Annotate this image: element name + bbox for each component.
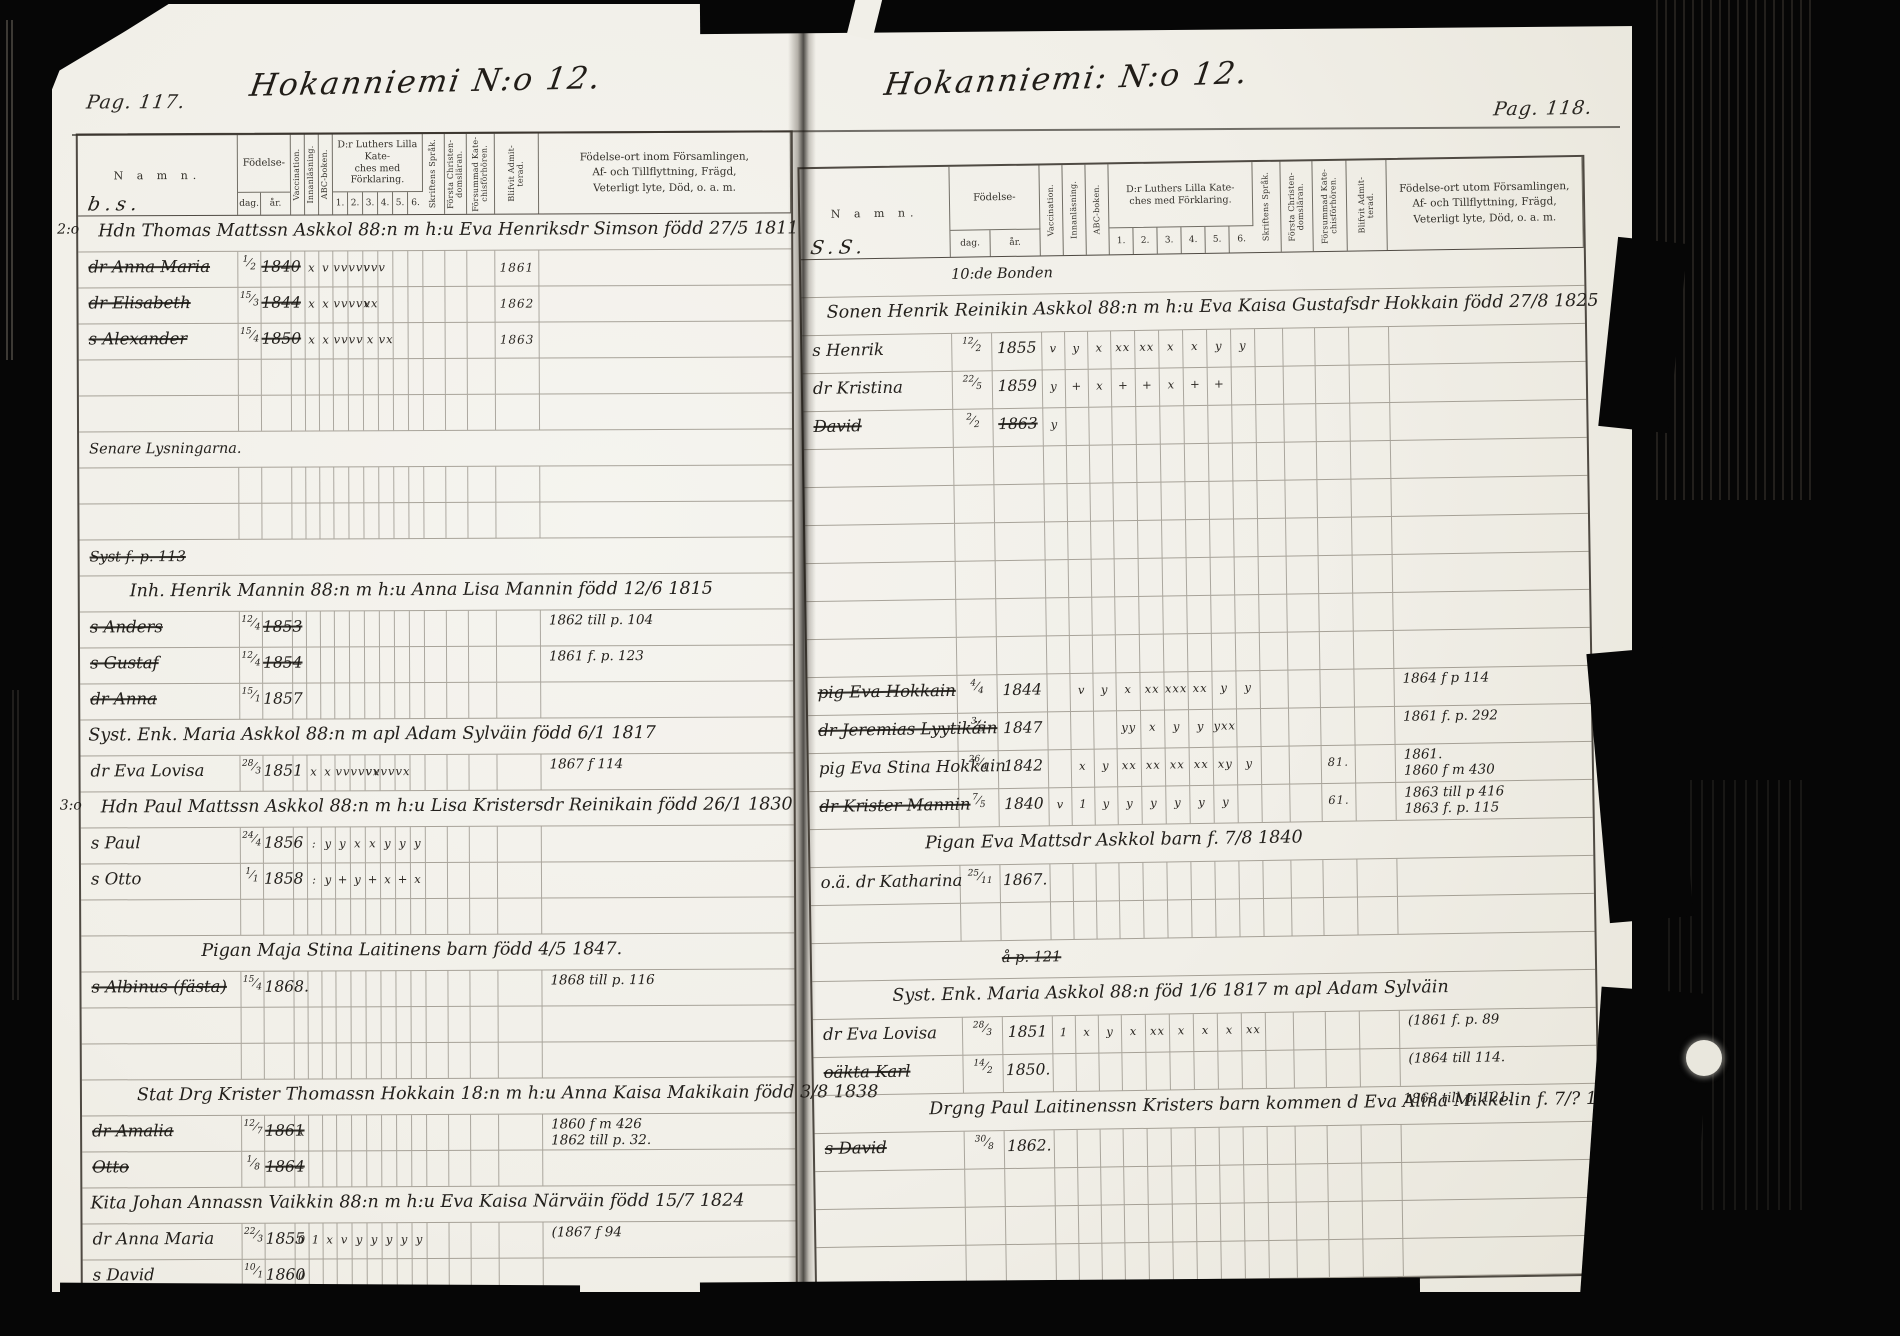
scan-light-spot (1686, 1040, 1722, 1076)
mark-cell (323, 1043, 337, 1078)
mark-cell (1070, 636, 1094, 673)
mark-cell (410, 611, 425, 646)
name-cell (807, 638, 958, 677)
mark-cell (1283, 328, 1316, 365)
mark-cell (1184, 406, 1209, 443)
mark-cell (1092, 597, 1116, 634)
header-notes: Födelse-ort inom Församlingen, Af- och T… (539, 132, 791, 213)
mark-cell (381, 971, 396, 1006)
mark-cell (1047, 674, 1071, 711)
admitted-cell (1354, 631, 1395, 669)
mark-cell (1160, 406, 1185, 443)
header-name: N a m n. S.S. (799, 167, 950, 259)
mark-cell: + (1112, 369, 1137, 406)
mark-cell (1144, 901, 1169, 938)
mark-cell (334, 503, 349, 538)
mark-cell (1164, 634, 1189, 671)
mark-cell (1053, 1054, 1077, 1091)
birth-day-cell: 15⁄1 (240, 684, 263, 719)
mark-cell: xx (1142, 749, 1167, 786)
mark-cell (349, 359, 364, 394)
mark-cell (293, 612, 307, 647)
birth-year-cell (262, 468, 292, 503)
mark-cell (469, 611, 497, 646)
notes-cell (542, 897, 794, 933)
admitted-cell (498, 863, 542, 898)
birth-day-cell (239, 396, 262, 431)
mark-cell (1216, 899, 1241, 936)
mark-cell: x (1160, 368, 1185, 405)
mark-cell (364, 395, 379, 430)
name-cell (816, 1208, 967, 1247)
record-row: s Alexander15⁄41850xxvvvvxvx1863 (79, 321, 792, 360)
header-blifvit-admitterad: Blifvit Admit- terad. (1346, 160, 1387, 251)
blank-row (82, 1005, 795, 1044)
mark-cell (1113, 483, 1138, 520)
torn-edge (1579, 987, 1712, 1324)
mark-cell: x (319, 287, 333, 322)
mark-cell (1209, 481, 1234, 518)
mark-cell (1125, 1205, 1150, 1242)
mark-cell (1211, 557, 1236, 594)
birth-year-cell: 1840 (999, 788, 1050, 826)
name-cell: dr Jeremias Lyytikäin (808, 714, 959, 753)
notes-cell (540, 465, 792, 501)
admitted-cell (1352, 517, 1393, 555)
birth-year-cell: 1854 (263, 648, 293, 683)
mark-cell (1286, 518, 1319, 555)
record-row: dr Anna Maria22⁄3185501xvyyyyy(1867 f 94 (83, 1221, 796, 1260)
mark-cell (394, 467, 409, 502)
right-table-header: N a m n. S.S. Födelse- Vaccination. Inna… (799, 157, 1583, 260)
mark-cell (1329, 1201, 1364, 1239)
mark-cell (1320, 632, 1355, 670)
blank-row (79, 501, 792, 540)
mark-cell: vvv (348, 251, 363, 286)
mark-cell: x (1141, 711, 1166, 748)
mark-cell (446, 503, 468, 538)
mark-cell: x (381, 863, 396, 898)
mark-cell (397, 1115, 412, 1150)
birth-day-cell: 4⁄4 (957, 675, 998, 713)
mark-cell (426, 827, 448, 862)
blank-row (79, 465, 792, 504)
mark-cell (320, 359, 334, 394)
mark-cell: y (1142, 787, 1167, 824)
mark-cell (393, 251, 408, 286)
admitted-cell (1350, 365, 1391, 403)
mark-cell (409, 467, 424, 502)
mark-cell: + (366, 863, 381, 898)
name-cell (816, 1246, 967, 1285)
mark-cell (1220, 1165, 1245, 1202)
mark-cell: y (1190, 786, 1215, 823)
mark-cell: xx (1146, 1015, 1171, 1052)
admitted-cell (499, 1043, 543, 1078)
mark-cell (1236, 633, 1261, 670)
mark-cell (1090, 483, 1114, 520)
mark-cell (411, 971, 426, 1006)
header-kat-5: 5. (1205, 226, 1229, 252)
mark-cell (1161, 482, 1186, 519)
birth-year-cell: 1859 (993, 370, 1044, 408)
name-cell: pig Eva Stina Hokkain (809, 752, 960, 791)
mark-cell: y (1189, 710, 1214, 747)
mark-cell: y (336, 827, 351, 862)
mark-cell (1124, 1167, 1149, 1204)
mark-cell (1296, 1164, 1329, 1201)
mark-cell (397, 1043, 412, 1078)
mark-cell (1257, 481, 1286, 518)
mark-cell (1172, 1166, 1197, 1203)
mark-cell (292, 504, 306, 539)
mark-cell (1319, 594, 1354, 632)
mark-cell: vv (333, 251, 348, 286)
family-heading: Syst. Enk. Maria Askkol 88:n m apl Adam … (80, 717, 793, 755)
mark-cell (1097, 901, 1121, 938)
mark-cell (1101, 1167, 1125, 1204)
mark-cell (1186, 520, 1211, 557)
mark-cell (1079, 1206, 1103, 1243)
mark-cell (1167, 862, 1192, 899)
mark-cell (352, 1115, 367, 1150)
mark-cell (349, 503, 364, 538)
mark-cell (1326, 1012, 1361, 1050)
mark-cell (425, 683, 447, 718)
mark-cell (1260, 633, 1289, 670)
birth-day-cell (956, 599, 997, 637)
mark-cell (1047, 636, 1071, 673)
mark-cell (308, 899, 322, 934)
mark-cell: vx (365, 755, 380, 790)
header-name: N a m n. b.s. (78, 135, 238, 216)
name-cell (82, 1008, 242, 1044)
mark-cell (1148, 1166, 1173, 1203)
mark-cell (468, 359, 496, 394)
mark-cell: x (1218, 1013, 1243, 1050)
birth-year-cell (265, 1008, 295, 1043)
scan-streaks (12, 690, 19, 1000)
record-row: s Gustaf12⁄418541861 f. p. 123 (80, 645, 793, 684)
mark-cell (470, 899, 498, 934)
mark-cell (350, 611, 365, 646)
name-cell: David (803, 410, 954, 449)
mark-cell (293, 648, 307, 683)
birth-day-cell: 14⁄2 (963, 1055, 1004, 1093)
notes-cell: (1864 till 114. (1400, 1046, 1597, 1086)
mark-cell: y (1095, 749, 1119, 786)
mark-cell (1149, 1242, 1174, 1279)
mark-cell (1055, 1130, 1079, 1167)
blank-row (82, 1041, 795, 1080)
header-katekes: D:r Luthers Lilla Kate- ches med Förklar… (333, 134, 423, 192)
notes-cell (542, 825, 794, 861)
mark-cell (306, 395, 320, 430)
name-cell: dr Anna (80, 684, 240, 720)
admitted-cell: 1861 (495, 251, 539, 286)
mark-cell (1192, 900, 1217, 937)
mark-cell: y (1231, 329, 1256, 366)
mark-cell (1092, 559, 1116, 596)
mark-cell: y (1065, 332, 1089, 369)
birth-year-cell: 1863 (993, 408, 1044, 446)
birth-day-cell: 1⁄1 (241, 864, 264, 899)
mark-cell (411, 899, 426, 934)
birth-year-cell (994, 484, 1045, 522)
record-row: dr Elisabeth15⁄31844xxvvvvvxx1862 (78, 285, 791, 324)
mark-cell (366, 971, 381, 1006)
mark-cell: y (381, 827, 396, 862)
mark-cell (1113, 445, 1138, 482)
mark-cell (1149, 1204, 1174, 1241)
name-cell (79, 396, 239, 432)
notes-cell (1397, 856, 1594, 896)
mark-cell (410, 683, 425, 718)
mark-cell: + (396, 863, 411, 898)
birth-year-cell (1001, 902, 1052, 940)
right-table: N a m n. S.S. Födelse- Vaccination. Inna… (797, 155, 1602, 1288)
mark-cell (293, 684, 307, 719)
mark-cell: x (1072, 750, 1096, 787)
birth-day-cell: 26⁄4 (959, 751, 1000, 789)
mark-cell (424, 503, 446, 538)
mark-cell (367, 1151, 382, 1186)
admitted-cell (1358, 897, 1399, 935)
mark-cell (469, 647, 497, 682)
mark-cell (1173, 1242, 1198, 1279)
header-kat-1: 1. (1109, 228, 1133, 254)
mark-cell: x (351, 827, 366, 862)
birth-year-cell (994, 446, 1045, 484)
mark-cell (294, 828, 308, 863)
mark-cell (394, 395, 409, 430)
mark-cell: xx (1118, 749, 1143, 786)
birth-year-cell (1006, 1206, 1057, 1244)
birth-year-cell: 1851 (263, 756, 293, 791)
mark-cell (352, 1007, 367, 1042)
mark-cell (292, 324, 306, 359)
name-cell (82, 1044, 242, 1080)
mark-cell (1261, 709, 1290, 746)
mark-cell (408, 251, 423, 286)
name-cell: s Anders (80, 612, 240, 648)
mark-cell (1187, 596, 1212, 633)
mark-cell (448, 863, 470, 898)
mark-cell (397, 1007, 412, 1042)
mark-cell (396, 899, 411, 934)
mark-cell (1163, 596, 1188, 633)
left-table: N a m n. b.s. Födelse- Vaccination. Inna… (76, 130, 798, 1298)
mark-cell (1287, 556, 1320, 593)
mark-cell (1244, 1165, 1269, 1202)
right-page-number: Pag. 118. (1492, 97, 1594, 121)
mark-cell: x (1183, 330, 1208, 367)
mark-cell: v (1042, 332, 1066, 369)
mark-cell: x (1089, 369, 1113, 406)
mark-cell (307, 683, 321, 718)
mark-cell (322, 971, 336, 1006)
mark-cell (1101, 1129, 1125, 1166)
admitted-cell (496, 359, 540, 394)
mark-cell: x (324, 1223, 338, 1258)
mark-cell (394, 359, 409, 394)
mark-cell: x (364, 323, 379, 358)
birth-day-cell (954, 485, 995, 523)
birth-year-cell: 1850 (262, 324, 292, 359)
notes-cell (1389, 324, 1586, 364)
mark-cell (309, 1151, 323, 1186)
mark-cell (1091, 521, 1115, 558)
mark-cell (1046, 560, 1070, 597)
mark-cell: y (1093, 673, 1117, 710)
admitted-cell (500, 1222, 544, 1257)
mark-cell (379, 467, 394, 502)
admitted-cell (1356, 783, 1397, 821)
header-katekes: D:r Luthers Lilla Kate- ches med Förklar… (1108, 162, 1253, 228)
mark-cell (467, 287, 495, 322)
mark-cell (1191, 862, 1216, 899)
notes-cell (1392, 514, 1589, 554)
admitted-cell (1351, 479, 1392, 517)
header-kat-4: 4. (378, 192, 393, 214)
record-row: s Anders12⁄418531862 till p. 104 (80, 609, 793, 648)
mark-cell (408, 287, 423, 322)
mark-cell (1048, 712, 1072, 749)
mark-cell (1233, 481, 1258, 518)
mark-cell (1124, 1129, 1149, 1166)
admitted-cell: 1863 (496, 323, 540, 358)
mark-cell (1210, 519, 1235, 556)
mark-cell (380, 647, 395, 682)
header-kat-3: 3. (363, 192, 378, 214)
mark-cell (1256, 367, 1285, 404)
notes-cell: 1862 till p. 104 (541, 609, 793, 645)
header-skriftens-sprak: Skriftens Språk. (1252, 162, 1281, 252)
mark-cell (423, 287, 445, 322)
notes-cell (540, 393, 792, 429)
mark-cell (1196, 1128, 1221, 1165)
mark-cell (1172, 1128, 1197, 1165)
mark-cell: x (1088, 331, 1112, 368)
header-innanlasning: Innanläsning. (305, 134, 319, 214)
mark-cell (1161, 444, 1186, 481)
mark-cell (1294, 1050, 1327, 1087)
mark-cell: y (1118, 787, 1143, 824)
mark-cell (379, 359, 394, 394)
name-cell: s Otto (81, 864, 241, 900)
handwritten-annotation: b.s. (86, 193, 144, 215)
name-cell: pig Eva Hokkain (807, 676, 958, 715)
mark-cell: x (1116, 673, 1141, 710)
mark-cell (1326, 1050, 1361, 1088)
mark-cell (367, 1115, 382, 1150)
mark-cell (470, 863, 498, 898)
mark-cell (1168, 900, 1193, 937)
right-table-body: 10:de BondenSonen Henrik Reinikin Askkol… (801, 248, 1600, 1286)
admitted-cell (1350, 403, 1391, 441)
mark-cell: vv (334, 323, 349, 358)
mark-cell (1146, 1053, 1171, 1090)
mark-cell (1285, 480, 1318, 517)
mark-cell (424, 395, 446, 430)
right-page: Pag. 118. Hokanniemi: N:o 12. N a m n. S… (792, 0, 1648, 1299)
mark-cell (1066, 408, 1090, 445)
mark-cell (395, 647, 410, 682)
mark-cell (1050, 864, 1074, 901)
mark-cell (1090, 445, 1114, 482)
mark-cell (1245, 1241, 1270, 1278)
header-forsummad: Försummad Kate- chisförhören. (1312, 161, 1347, 252)
birth-day-cell: 28⁄3 (963, 1017, 1004, 1055)
name-cell: s Paul (81, 828, 241, 864)
mark-cell (308, 971, 322, 1006)
mark-cell (1215, 861, 1240, 898)
header-birth-year: år. (261, 193, 291, 215)
mark-cell (336, 899, 351, 934)
mark-cell (446, 395, 468, 430)
name-cell: dr Eva Lovisa (80, 756, 240, 792)
name-cell: dr Kristina (803, 372, 954, 411)
mark-cell (292, 360, 306, 395)
mark-cell (1089, 407, 1113, 444)
mark-cell (334, 395, 349, 430)
mark-cell (1318, 518, 1353, 556)
mark-cell (1232, 367, 1257, 404)
mark-cell (350, 647, 365, 682)
mark-cell (1317, 442, 1352, 480)
mark-cell (468, 467, 496, 502)
admitted-cell (1363, 1239, 1404, 1277)
mark-cell (1268, 1165, 1297, 1202)
mark-cell: 1 (1072, 788, 1096, 825)
mark-cell (295, 1044, 309, 1079)
mark-cell: vv (380, 755, 395, 790)
mark-cell (1044, 484, 1068, 521)
mark-cell (1255, 329, 1284, 366)
mark-cell (1262, 747, 1291, 784)
mark-cell (1139, 559, 1164, 596)
mark-cell (447, 683, 469, 718)
mark-cell (425, 647, 447, 682)
mark-cell (322, 899, 336, 934)
mark-cell: y (1236, 671, 1261, 708)
birth-day-cell (961, 903, 1002, 941)
header-birth-year: år. (990, 229, 1040, 256)
mark-cell (1291, 860, 1324, 897)
admitted-cell (1363, 1201, 1404, 1239)
birth-day-cell: 28⁄3 (240, 756, 263, 791)
mark-cell (446, 359, 468, 394)
birth-day-cell (966, 1207, 1007, 1245)
mark-cell (307, 611, 321, 646)
notes-cell (539, 249, 791, 285)
notes-cell (543, 1005, 795, 1041)
mark-cell (365, 611, 380, 646)
name-cell: dr Anna Maria (83, 1224, 243, 1260)
blank-row (81, 897, 794, 936)
mark-cell (1257, 443, 1286, 480)
mark-cell (1244, 1127, 1269, 1164)
mark-cell (1056, 1244, 1080, 1281)
mark-cell (1073, 864, 1097, 901)
mark-cell (1317, 480, 1352, 518)
birth-year-cell: 1847 (998, 712, 1049, 750)
mark-cell (1138, 521, 1163, 558)
mark-cell (306, 467, 320, 502)
header-kat-3: 3. (1157, 227, 1181, 253)
mark-cell (394, 503, 409, 538)
notes-cell (1398, 894, 1595, 934)
